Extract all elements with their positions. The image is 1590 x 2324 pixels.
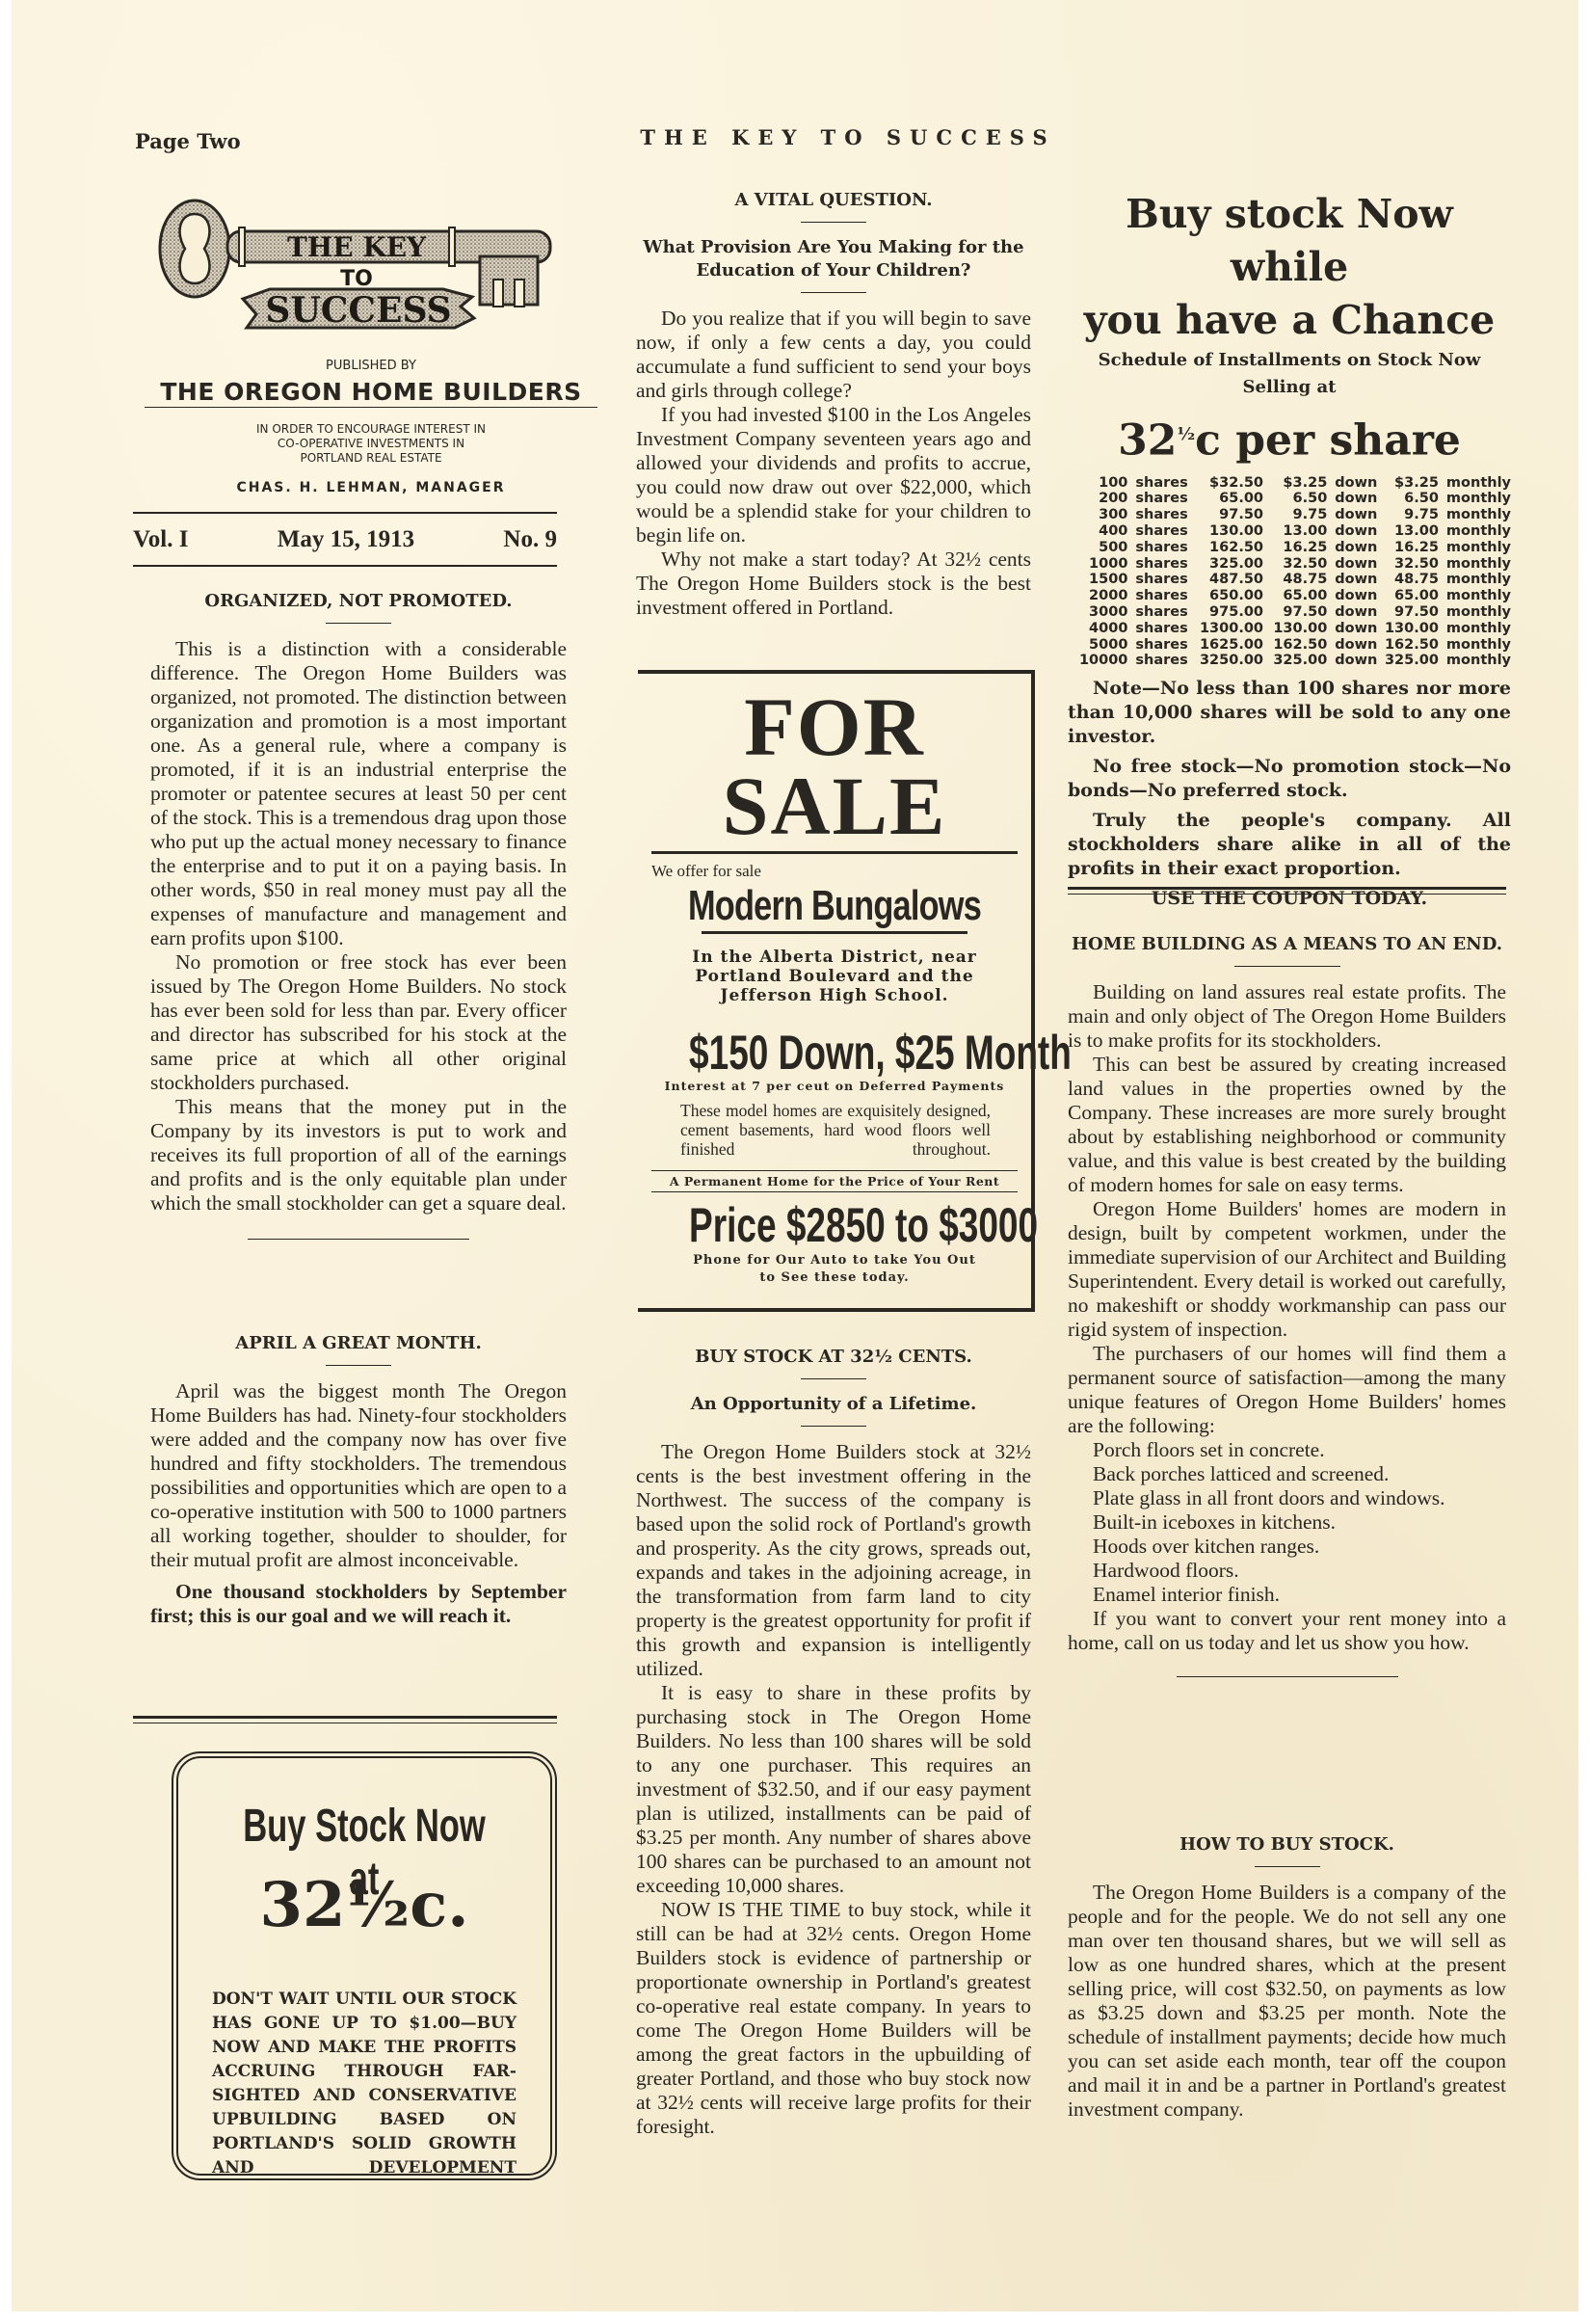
- goal-statement: One thousand stockholders by September f…: [150, 1580, 567, 1628]
- price-fraction: ½: [1177, 424, 1195, 444]
- article-title: ORGANIZED, NOT PROMOTED.: [150, 590, 567, 613]
- paragraph: No promotion or free stock has ever been…: [150, 950, 567, 1095]
- article-april: APRIL A GREAT MONTH. April was the bigge…: [150, 1332, 567, 1628]
- installment-total: 487.50: [1193, 572, 1263, 588]
- article-title: HOW TO BUY STOCK.: [1068, 1833, 1506, 1857]
- installment-row: 2000shares650.0065.00down65.00monthly: [1075, 588, 1511, 604]
- installment-down-label: down: [1327, 556, 1380, 573]
- page-label: Page Two: [135, 129, 241, 153]
- installment-row: 100shares$32.50$3.25down$3.25monthly: [1075, 475, 1511, 492]
- note: Truly the people's company. All stockhol…: [1068, 809, 1511, 881]
- divider: [801, 222, 866, 223]
- divider: [801, 292, 866, 293]
- installment-unit: shares: [1127, 653, 1193, 669]
- paragraph: It is easy to share in these profits by …: [636, 1681, 1031, 1898]
- purpose-line: CO-OPERATIVE INVESTMENTS IN: [145, 437, 597, 451]
- divider: [801, 1378, 866, 1379]
- installment-monthly-label: monthly: [1439, 653, 1511, 669]
- feature-item: Built-in iceboxes in kitchens.: [1068, 1510, 1506, 1535]
- installment-down: 97.50: [1263, 604, 1327, 621]
- divider: [248, 1239, 469, 1240]
- paragraph: If you want to convert your rent money i…: [1068, 1607, 1506, 1655]
- installment-row: 400shares130.0013.00down13.00monthly: [1075, 523, 1511, 540]
- stock-notes: Note—No less than 100 shares nor more th…: [1068, 677, 1511, 910]
- paragraph: This is a distinction with a considerabl…: [150, 637, 567, 950]
- paragraph: April was the biggest month The Oregon H…: [150, 1379, 567, 1572]
- installment-total: 162.50: [1193, 540, 1263, 556]
- divider: [326, 1365, 391, 1366]
- location-line: In the Alberta District, near: [638, 948, 1031, 967]
- ad-price: 32½c.: [172, 1869, 557, 1941]
- paragraph: The purchasers of our homes will find th…: [1068, 1342, 1506, 1438]
- installment-total: $32.50: [1193, 475, 1263, 492]
- installment-total: 1625.00: [1193, 637, 1263, 654]
- installment-row: 1000shares325.0032.50down32.50monthly: [1075, 556, 1511, 573]
- schedule-label: Schedule of Installments on Stock Now Se…: [1068, 347, 1511, 401]
- installment-row: 3000shares975.0097.50down97.50monthly: [1075, 604, 1511, 621]
- installment-unit: shares: [1127, 523, 1193, 540]
- section-divider: [133, 1716, 557, 1723]
- paragraph: If you had invested $100 in the Los Ange…: [636, 403, 1031, 548]
- installment-unit: shares: [1127, 507, 1193, 523]
- feature-item: Back porches latticed and screened.: [1068, 1462, 1506, 1486]
- article-title: HOME BUILDING AS A MEANS TO AN END.: [1068, 933, 1506, 956]
- installment-shares: 3000: [1075, 604, 1127, 621]
- installment-monthly-label: monthly: [1439, 637, 1511, 654]
- feature-item: Porch floors set in concrete.: [1068, 1438, 1506, 1462]
- installment-down-label: down: [1327, 588, 1380, 604]
- article-title: APRIL A GREAT MONTH.: [150, 1332, 567, 1355]
- svg-text:SUCCESS: SUCCESS: [265, 290, 451, 331]
- installment-schedule-table: 100shares$32.50$3.25down$3.25monthly200s…: [1075, 475, 1511, 670]
- ad-tagline: A Permanent Home for the Price of Your R…: [651, 1170, 1018, 1192]
- divider: [1177, 1676, 1398, 1677]
- purpose-line: PORTLAND REAL ESTATE: [145, 451, 597, 466]
- installment-row: 10000shares3250.00325.00down325.00monthl…: [1075, 653, 1511, 669]
- installment-row: 300shares97.509.75down9.75monthly: [1075, 507, 1511, 523]
- article-subtitle: An Opportunity of a Lifetime.: [636, 1393, 1031, 1416]
- paragraph: Why not make a start today? At 32½ cents…: [636, 548, 1031, 620]
- publisher-purpose: IN ORDER TO ENCOURAGE INTEREST IN CO-OPE…: [145, 422, 597, 466]
- installment-down-label: down: [1327, 621, 1380, 637]
- issue-info-bar: Vol. I May 15, 1913 No. 9: [133, 512, 557, 567]
- installment-down: 130.00: [1263, 621, 1327, 637]
- installment-monthly: 48.75: [1380, 572, 1439, 588]
- ad-offer: We offer for sale: [651, 862, 1031, 881]
- article-title: BUY STOCK AT 32½ CENTS.: [636, 1346, 1031, 1369]
- paragraph: Do you realize that if you will begin to…: [636, 307, 1031, 403]
- feature-item: Hoods over kitchen ranges.: [1068, 1535, 1506, 1559]
- installment-down: 16.25: [1263, 540, 1327, 556]
- installment-row: 5000shares1625.00162.50down162.50monthly: [1075, 637, 1511, 654]
- installment-total: 325.00: [1193, 556, 1263, 573]
- article-vital-question: A VITAL QUESTION. What Provision Are You…: [636, 189, 1031, 620]
- installment-monthly-label: monthly: [1439, 604, 1511, 621]
- installment-down-label: down: [1327, 604, 1380, 621]
- note: Note—No less than 100 shares nor more th…: [1068, 677, 1511, 749]
- installment-unit: shares: [1127, 540, 1193, 556]
- note: No free stock—No promotion stock—No bond…: [1068, 755, 1511, 803]
- ad-title: FOR SALE: [638, 687, 1031, 845]
- installment-down-label: down: [1327, 475, 1380, 492]
- installment-down: 9.75: [1263, 507, 1327, 523]
- installment-shares: 1000: [1075, 556, 1127, 573]
- ad-body: DON'T WAIT UNTIL OUR STOCK HAS GONE UP T…: [212, 1988, 517, 2180]
- divider: [702, 931, 967, 934]
- issue-date: May 15, 1913: [278, 526, 414, 553]
- installment-monthly: 6.50: [1380, 491, 1439, 507]
- installment-down: 32.50: [1263, 556, 1327, 573]
- ad-headline: Buy stock Now while you have a Chance: [1068, 188, 1511, 347]
- installment-unit: shares: [1127, 556, 1193, 573]
- svg-text:TO: TO: [340, 267, 373, 291]
- price-per-share: 32½c per share: [1068, 401, 1511, 475]
- volume: Vol. I: [133, 526, 188, 553]
- ad-location: In the Alberta District, near Portland B…: [638, 948, 1031, 1005]
- manager-name: CHAS. H. LEHMAN, MANAGER: [145, 480, 597, 495]
- installment-monthly-label: monthly: [1439, 621, 1511, 637]
- installment-unit: shares: [1127, 588, 1193, 604]
- installment-unit: shares: [1127, 572, 1193, 588]
- ad-phone: Phone for Our Auto to take You Out to Se…: [638, 1252, 1031, 1287]
- installment-down-label: down: [1327, 540, 1380, 556]
- stock-schedule-ad: Buy stock Now while you have a Chance Sc…: [1068, 188, 1511, 910]
- ad-terms: $150 Down, $25 Month: [689, 1027, 980, 1079]
- installment-unit: shares: [1127, 475, 1193, 492]
- installment-total: 3250.00: [1193, 653, 1263, 669]
- feature-item: Plate glass in all front doors and windo…: [1068, 1486, 1506, 1510]
- installment-down: 162.50: [1263, 637, 1327, 654]
- installment-total: 650.00: [1193, 588, 1263, 604]
- installment-monthly-label: monthly: [1439, 475, 1511, 492]
- paragraph: This means that the money put in the Com…: [150, 1095, 567, 1215]
- installment-monthly: 13.00: [1380, 523, 1439, 540]
- installment-shares: 2000: [1075, 588, 1127, 604]
- installment-shares: 5000: [1075, 637, 1127, 654]
- feature-item: Enamel interior finish.: [1068, 1583, 1506, 1607]
- paragraph: The Oregon Home Builders stock at 32½ ce…: [636, 1440, 1031, 1681]
- installment-unit: shares: [1127, 637, 1193, 654]
- installment-down-label: down: [1327, 653, 1380, 669]
- installment-monthly: 325.00: [1380, 653, 1439, 669]
- headline-line: Buy stock Now while: [1068, 188, 1511, 294]
- installment-monthly-label: monthly: [1439, 556, 1511, 573]
- article-organized: ORGANIZED, NOT PROMOTED. This is a disti…: [150, 590, 567, 1240]
- divider: [801, 1426, 866, 1427]
- installment-unit: shares: [1127, 604, 1193, 621]
- for-sale-ad: FOR SALE We offer for sale Modern Bungal…: [638, 670, 1035, 1312]
- installment-monthly-label: monthly: [1439, 572, 1511, 588]
- installment-down: 325.00: [1263, 653, 1327, 669]
- location-line: Jefferson High School.: [638, 986, 1031, 1005]
- installment-down: 65.00: [1263, 588, 1327, 604]
- price-whole: 32: [1118, 416, 1177, 466]
- installment-shares: 1500: [1075, 572, 1127, 588]
- ad-interest: Interest at 7 per ceut on Deferred Payme…: [638, 1079, 1031, 1093]
- article-subtitle: What Provision Are You Making for the Ed…: [636, 236, 1031, 282]
- installment-down: 13.00: [1263, 523, 1327, 540]
- article-buy-stock: BUY STOCK AT 32½ CENTS. An Opportunity o…: [636, 1346, 1031, 2139]
- installment-monthly-label: monthly: [1439, 540, 1511, 556]
- article-home-building: HOME BUILDING AS A MEANS TO AN END. Buil…: [1068, 933, 1506, 1677]
- installment-shares: 400: [1075, 523, 1127, 540]
- divider: [326, 623, 391, 624]
- installment-shares: 4000: [1075, 621, 1127, 637]
- installment-unit: shares: [1127, 621, 1193, 637]
- installment-monthly-label: monthly: [1439, 507, 1511, 523]
- installment-total: 130.00: [1193, 523, 1263, 540]
- installment-total: 97.50: [1193, 507, 1263, 523]
- ad-product: Modern Bungalows: [681, 881, 988, 931]
- buy-stock-ornate-ad: Buy Stock Now at 32½c. DON'T WAIT UNTIL …: [172, 1751, 557, 2180]
- ad-description: These model homes are exquisitely design…: [680, 1101, 991, 1159]
- masthead: THE KEY TO SUCCESS: [636, 125, 1060, 149]
- issue-number: No. 9: [503, 526, 557, 553]
- section-divider: [1068, 887, 1506, 895]
- installment-down: 48.75: [1263, 572, 1327, 588]
- installment-down-label: down: [1327, 507, 1380, 523]
- article-how-to-buy: HOW TO BUY STOCK. The Oregon Home Builde…: [1068, 1833, 1506, 2122]
- installment-monthly: 9.75: [1380, 507, 1439, 523]
- installment-total: 975.00: [1193, 604, 1263, 621]
- installment-row: 500shares162.5016.25down16.25monthly: [1075, 540, 1511, 556]
- installment-monthly: 16.25: [1380, 540, 1439, 556]
- installment-down-label: down: [1327, 491, 1380, 507]
- installment-unit: shares: [1127, 491, 1193, 507]
- installment-monthly: 32.50: [1380, 556, 1439, 573]
- divider: [1255, 1866, 1320, 1867]
- svg-text:THE KEY: THE KEY: [287, 231, 427, 263]
- phone-line: to See these today.: [638, 1269, 1031, 1287]
- key-logo: THE KEY TO SUCCESS: [154, 193, 578, 361]
- installment-monthly: 65.00: [1380, 588, 1439, 604]
- installment-shares: 10000: [1075, 653, 1127, 669]
- key-icon: THE KEY TO SUCCESS: [154, 193, 578, 361]
- installment-down-label: down: [1327, 523, 1380, 540]
- location-line: Portland Boulevard and the: [638, 967, 1031, 986]
- installment-down-label: down: [1327, 637, 1380, 654]
- ad-price: Price $2850 to $3000: [689, 1198, 980, 1252]
- divider: [1234, 966, 1340, 967]
- installment-row: 1500shares487.5048.75down48.75monthly: [1075, 572, 1511, 588]
- paragraph: The Oregon Home Builders is a company of…: [1068, 1881, 1506, 2122]
- publisher-name: THE OREGON HOME BUILDERS: [145, 378, 597, 408]
- headline-line: you have a Chance: [1068, 294, 1511, 347]
- installment-down: 6.50: [1263, 491, 1327, 507]
- paragraph: This can best be assured by creating inc…: [1068, 1053, 1506, 1197]
- installment-monthly: 97.50: [1380, 604, 1439, 621]
- installment-monthly-label: monthly: [1439, 523, 1511, 540]
- installment-shares: 300: [1075, 507, 1127, 523]
- installment-monthly: 162.50: [1380, 637, 1439, 654]
- phone-line: Phone for Our Auto to take You Out: [638, 1252, 1031, 1269]
- installment-shares: 200: [1075, 491, 1127, 507]
- installment-monthly-label: monthly: [1439, 588, 1511, 604]
- article-title: A VITAL QUESTION.: [636, 189, 1031, 212]
- installment-down-label: down: [1327, 572, 1380, 588]
- purpose-line: IN ORDER TO ENCOURAGE INTEREST IN: [145, 422, 597, 437]
- price-suffix: c per share: [1195, 416, 1461, 466]
- installment-monthly: 130.00: [1380, 621, 1439, 637]
- paragraph: Oregon Home Builders' homes are modern i…: [1068, 1197, 1506, 1342]
- paragraph: NOW IS THE TIME to buy stock, while it s…: [636, 1898, 1031, 2139]
- installment-total: 65.00: [1193, 491, 1263, 507]
- installment-total: 1300.00: [1193, 621, 1263, 637]
- installment-monthly: $3.25: [1380, 475, 1439, 492]
- feature-item: Hardwood floors.: [1068, 1559, 1506, 1583]
- installment-row: 4000shares1300.00130.00down130.00monthly: [1075, 621, 1511, 637]
- installment-row: 200shares65.006.50down6.50monthly: [1075, 491, 1511, 507]
- installment-shares: 500: [1075, 540, 1127, 556]
- paragraph: Building on land assures real estate pro…: [1068, 980, 1506, 1053]
- installment-down: $3.25: [1263, 475, 1327, 492]
- installment-monthly-label: monthly: [1439, 491, 1511, 507]
- published-by-label: PUBLISHED BY: [145, 359, 597, 373]
- installment-shares: 100: [1075, 475, 1127, 492]
